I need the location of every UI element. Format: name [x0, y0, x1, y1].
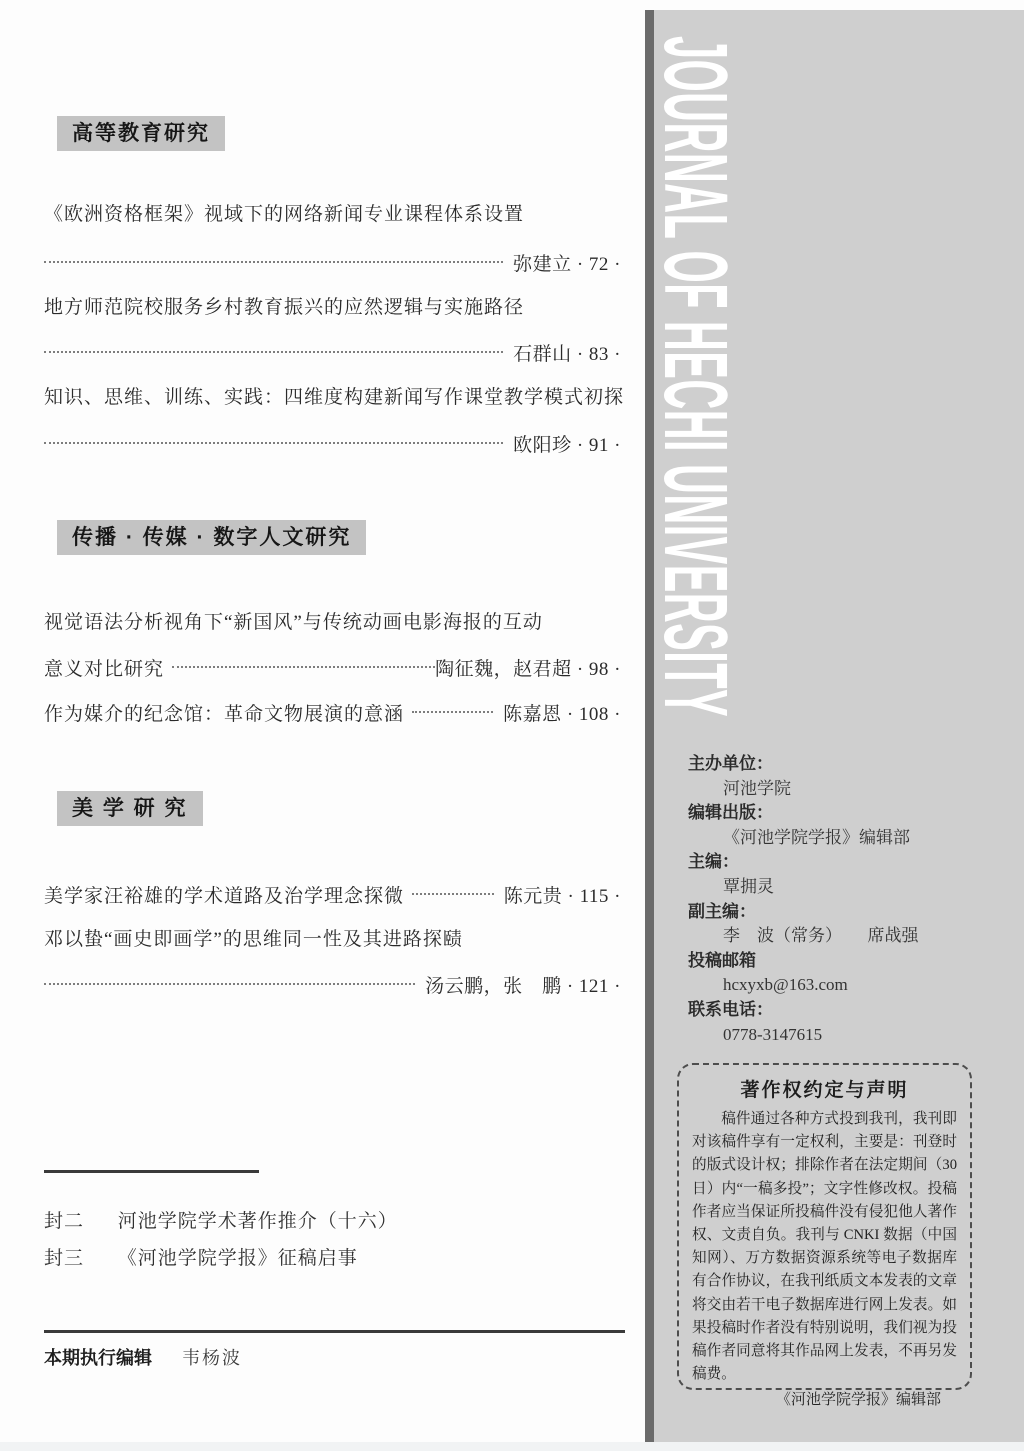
copyright-notice-body: 稿件通过各种方式投到我刊，我刊即对该稿件享有一定权利，主要是：刊登时的版式设计权… [692, 1108, 957, 1386]
article-byline: 陈元贵 · 115 · [504, 881, 621, 908]
article-title: 作为媒介的纪念馆：革命文物展演的意涵 [44, 699, 404, 726]
dotted-leader [44, 351, 503, 353]
dotted-leader [412, 711, 493, 713]
article-title-continued: 意义对比研究 [44, 654, 164, 681]
executive-editor-label: 本期执行编辑 [44, 1348, 152, 1368]
article-title: 《欧洲资格框架》视域下的网络新闻专业课程体系设置 [44, 202, 622, 228]
masthead-label: 联系电话： [688, 998, 1008, 1023]
masthead-label: 投稿邮箱 [688, 949, 1008, 974]
short-divider-rule [44, 1170, 259, 1173]
article-byline: 陈嘉恩 · 108 · [503, 699, 621, 726]
cover-two-label: 封二 [44, 1211, 84, 1232]
article-title: 视觉语法分析视角下“新国风”与传统动画电影海报的互动 [44, 610, 622, 636]
masthead-value: 河池学院 [688, 777, 1008, 802]
masthead-value: 《河池学院学报》编辑部 [688, 826, 1008, 851]
article-leader-row: 弥建立 · 72 · [44, 247, 621, 277]
article-title: 地方师范院校服务乡村教育振兴的应然逻辑与实施路径 [44, 295, 622, 321]
masthead-info: 主办单位： 河池学院 编辑出版： 《河池学院学报》编辑部 主编： 覃拥灵 副主编… [688, 752, 1008, 1047]
cover-two-text: 河池学院学术著作推介（十六） [118, 1211, 398, 1232]
cover-three-row: 封三 《河池学院学报》征稿启事 [44, 1243, 358, 1270]
executive-editor-row: 本期执行编辑 韦杨波 [44, 1344, 242, 1370]
cover-three-text: 《河池学院学报》征稿启事 [118, 1248, 358, 1269]
article-byline: 汤云鹏，张 鹏 · 121 · [425, 971, 621, 998]
masthead-value: hcxyxb@163.com [688, 973, 1008, 998]
dotted-leader [44, 442, 503, 444]
masthead-value: 覃拥灵 [688, 875, 1008, 900]
copyright-notice-title: 著作权约定与声明 [692, 1075, 957, 1102]
masthead-label: 主编： [688, 850, 1008, 875]
article-byline: 弥建立 · 72 · [513, 249, 621, 276]
section-header-higher-education-research: 高等教育研究 [57, 116, 225, 151]
section-header-aesthetics-research: 美 学 研 究 [57, 791, 203, 826]
section-header-media-digital-humanities: 传播 · 传媒 · 数字人文研究 [57, 520, 366, 555]
article-byline: 石群山 · 83 · [513, 339, 621, 366]
article-byline: 欧阳珍 · 91 · [513, 430, 621, 457]
article-byline: 陶征魏，赵君超 · 98 · [435, 654, 621, 681]
article-leader-row: 欧阳珍 · 91 · [44, 428, 621, 458]
dotted-leader [172, 666, 435, 668]
masthead-label: 副主编： [688, 900, 1008, 925]
article-title: 邓以蛰“画史即画学”的思维同一性及其进路探赜 [44, 927, 622, 953]
cover-two-row: 封二 河池学院学术著作推介（十六） [44, 1206, 398, 1233]
journal-spine-title: JOURNAL OF HECHI UNIVERSITY [649, 36, 741, 717]
masthead-label: 编辑出版： [688, 801, 1008, 826]
copyright-notice-signature: 《河池学院学报》编辑部 [692, 1388, 957, 1412]
masthead-value: 李 波（常务） 席战强 [688, 924, 1008, 949]
article-leader-row: 美学家汪裕雄的学术道路及治学理念探微 陈元贵 · 115 · [44, 879, 621, 909]
masthead-label: 主办单位： [688, 752, 1008, 777]
masthead-value: 0778-3147615 [688, 1023, 1008, 1048]
copyright-notice-box: 著作权约定与声明 稿件通过各种方式投到我刊，我刊即对该稿件享有一定权利，主要是：… [677, 1063, 972, 1390]
dotted-leader [44, 261, 503, 263]
journal-toc-page: 高等教育研究 《欧洲资格框架》视域下的网络新闻专业课程体系设置 弥建立 · 72… [0, 0, 1024, 1451]
article-title: 美学家汪裕雄的学术道路及治学理念探微 [44, 881, 404, 908]
article-leader-row: 意义对比研究 陶征魏，赵君超 · 98 · [44, 652, 621, 682]
article-leader-row: 石群山 · 83 · [44, 337, 621, 367]
article-leader-row: 作为媒介的纪念馆：革命文物展演的意涵 陈嘉恩 · 108 · [44, 697, 621, 727]
dotted-leader [412, 893, 494, 895]
dotted-leader [44, 983, 415, 985]
page-bottom-edge [0, 1442, 1024, 1451]
article-leader-row: 汤云鹏，张 鹏 · 121 · [44, 969, 621, 999]
executive-editor-name: 韦杨波 [182, 1348, 242, 1368]
long-divider-rule [44, 1330, 625, 1333]
article-title: 知识、思维、训练、实践：四维度构建新闻写作课堂教学模式初探 [44, 385, 622, 411]
cover-three-label: 封三 [44, 1248, 84, 1269]
